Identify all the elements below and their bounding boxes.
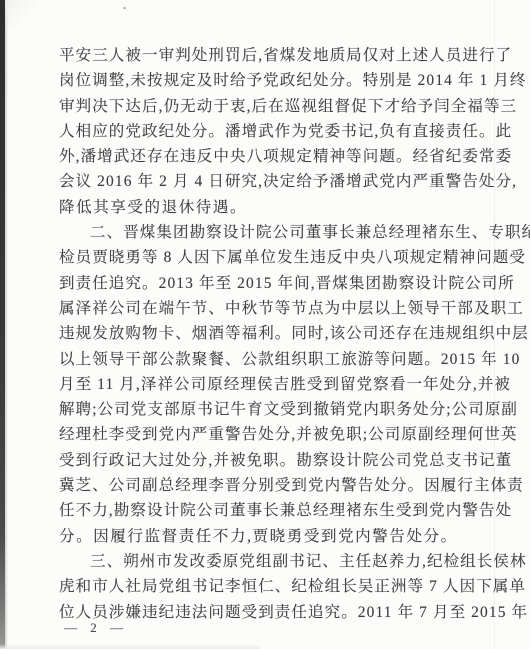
text-line: 解聘;公司党支部原书记牛育文受到撤销党内职务处分;公司原副	[59, 397, 502, 422]
text-line: 岗位调整,未按规定及时给予党政纪处分。特别是 2014 年 1 月终	[59, 68, 502, 93]
document-page: 平安三人被一审判处刑罚后,省煤发地质局仅对上述人员进行了岗位调整,未按规定及时给…	[0, 0, 530, 649]
text-line: 到责任追究。2013 年至 2015 年间,晋煤集团勘察设计院公司所	[59, 271, 502, 296]
text-line: 虎和市人社局党组书记李恒仁、纪检组长吴正洲等 7 人因下属单	[59, 574, 502, 599]
text-line: 平安三人被一审判处刑罚后,省煤发地质局仅对上述人员进行了	[59, 43, 502, 68]
text-line: 三、朔州市发改委原党组副书记、主任赵养力,纪检组长侯林	[59, 549, 502, 574]
text-line: 二、晋煤集团勘察设计院公司董事长兼总经理褚东生、专职纪	[59, 220, 502, 245]
scan-bottom-smudge	[0, 644, 260, 649]
text-line: 检员贾晓勇等 8 人因下属单位发生违反中央八项规定精神问题受	[59, 245, 502, 270]
text-line: 降低其享受的退休待遇。	[59, 195, 502, 220]
text-line: 冀芝、公司副总经理李晋分别受到党内警告处分。因履行主体责	[59, 473, 502, 498]
scan-edge-shadow	[5, 0, 8, 649]
scan-speck	[123, 7, 126, 9]
page-number: — 2 —	[64, 618, 128, 638]
text-line: 违规发放购物卡、烟酒等福利。同时,该公司还存在违规组织中层	[59, 321, 502, 346]
text-line: 外,潘增武还存在违反中央八项规定精神等问题。经省纪委常委	[59, 144, 502, 169]
text-line: 任不力,勘察设计院公司董事长兼总经理褚东生受到党内警告处	[59, 498, 502, 523]
text-line: 月至 11 月,泽祥公司原经理侯吉胜受到留党察看一年处分,并被	[59, 372, 502, 397]
text-line: 会议 2016 年 2 月 4 日研究,决定给予潘增武党内严重警告处分,	[59, 169, 502, 194]
document-body-text: 平安三人被一审判处刑罚后,省煤发地质局仅对上述人员进行了岗位调整,未按规定及时给…	[59, 43, 502, 625]
text-line: 属泽祥公司在端午节、中秋节等节点为中层以上领导干部及职工	[59, 296, 502, 321]
text-line: 经理杜李受到党内严重警告处分,并被免职;公司原副经理何世英	[59, 422, 502, 447]
text-line: 人相应的党政纪处分。潘增武作为党委书记,负有直接责任。此	[59, 119, 502, 144]
text-line: 以上领导干部公款聚餐、公款组织职工旅游等问题。2015 年 10	[59, 347, 502, 372]
page-corner-shade	[5, 0, 39, 30]
text-line: 受到行政记大过处分,并被免职。勘察设计院公司党总支书记董	[59, 448, 502, 473]
text-line: 审判决下达后,仍无动于衷,后在巡视组督促下才给予闫全福等三	[59, 94, 502, 119]
text-line: 分。因履行监督责任不力,贾晓勇受到党内警告处分。	[59, 524, 502, 549]
